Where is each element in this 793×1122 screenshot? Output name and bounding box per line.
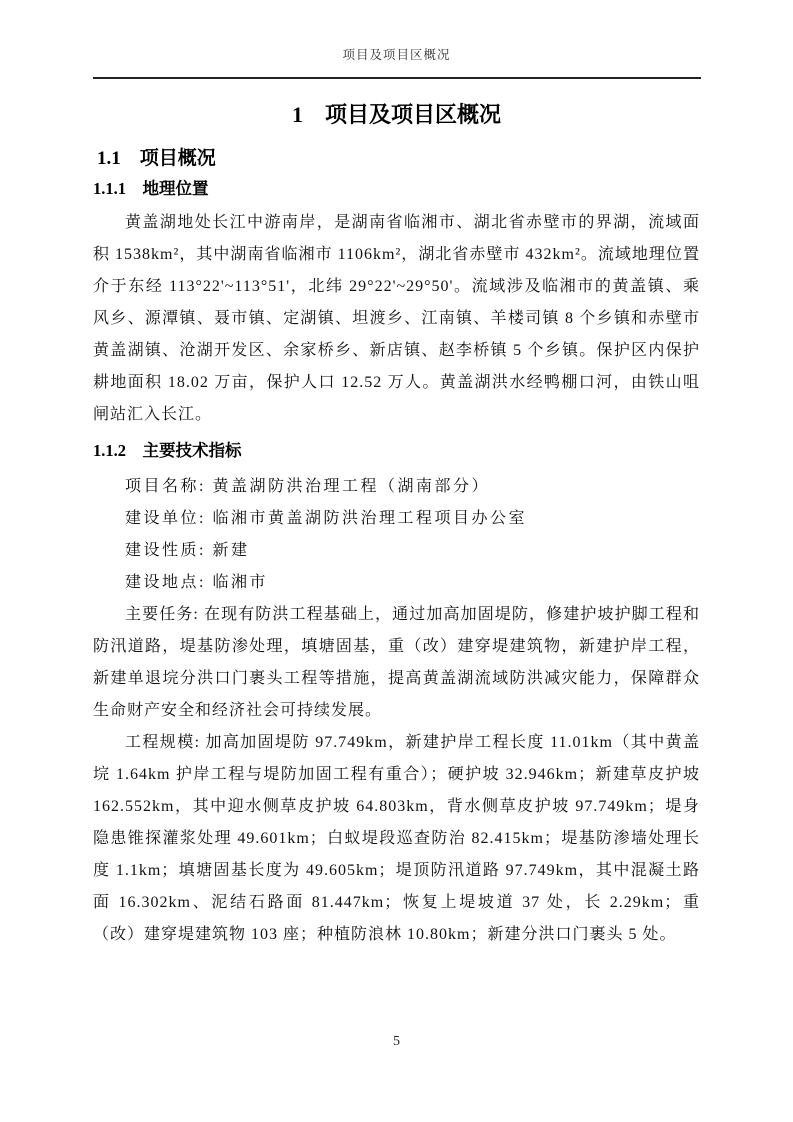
spec-project-name: 项目名称: 黄盖湖防洪治理工程（湖南部分） <box>93 471 700 503</box>
subsection-heading-1-1-2: 1.1.2 主要技术指标 <box>93 439 700 463</box>
spec-construction-unit: 建设单位: 临湘市黄盖湖防洪治理工程项目办公室 <box>93 503 700 535</box>
document-page: 项目及项目区概况 1 项目及项目区概况 1.1 项目概况 1.1.1 地理位置 … <box>0 0 793 1122</box>
subsection-heading-1-1-1: 1.1.1 地理位置 <box>93 177 700 201</box>
page-content: 1 项目及项目区概况 1.1 项目概况 1.1.1 地理位置 黄盖湖地处长江中游… <box>93 100 700 951</box>
spec-main-task: 主要任务: 在现有防洪工程基础上，通过加高加固堤防，修建护坡护脚工程和防汛道路，… <box>93 599 700 727</box>
running-header: 项目及项目区概况 <box>0 46 793 64</box>
section-heading-1-1: 1.1 项目概况 <box>93 146 700 172</box>
chapter-title: 1 项目及项目区概况 <box>93 100 700 130</box>
spec-construction-nature: 建设性质: 新建 <box>93 535 700 567</box>
spec-construction-location: 建设地点: 临湘市 <box>93 567 700 599</box>
spec-project-scale: 工程规模: 加高加固堤防 97.749km，新建护岸工程长度 11.01km（其… <box>93 727 700 951</box>
paragraph-geography: 黄盖湖地处长江中游南岸，是湖南省临湘市、湖北省赤壁市的界湖，流域面积 1538k… <box>93 207 700 431</box>
header-rule <box>93 77 701 79</box>
page-number: 5 <box>0 1032 793 1052</box>
